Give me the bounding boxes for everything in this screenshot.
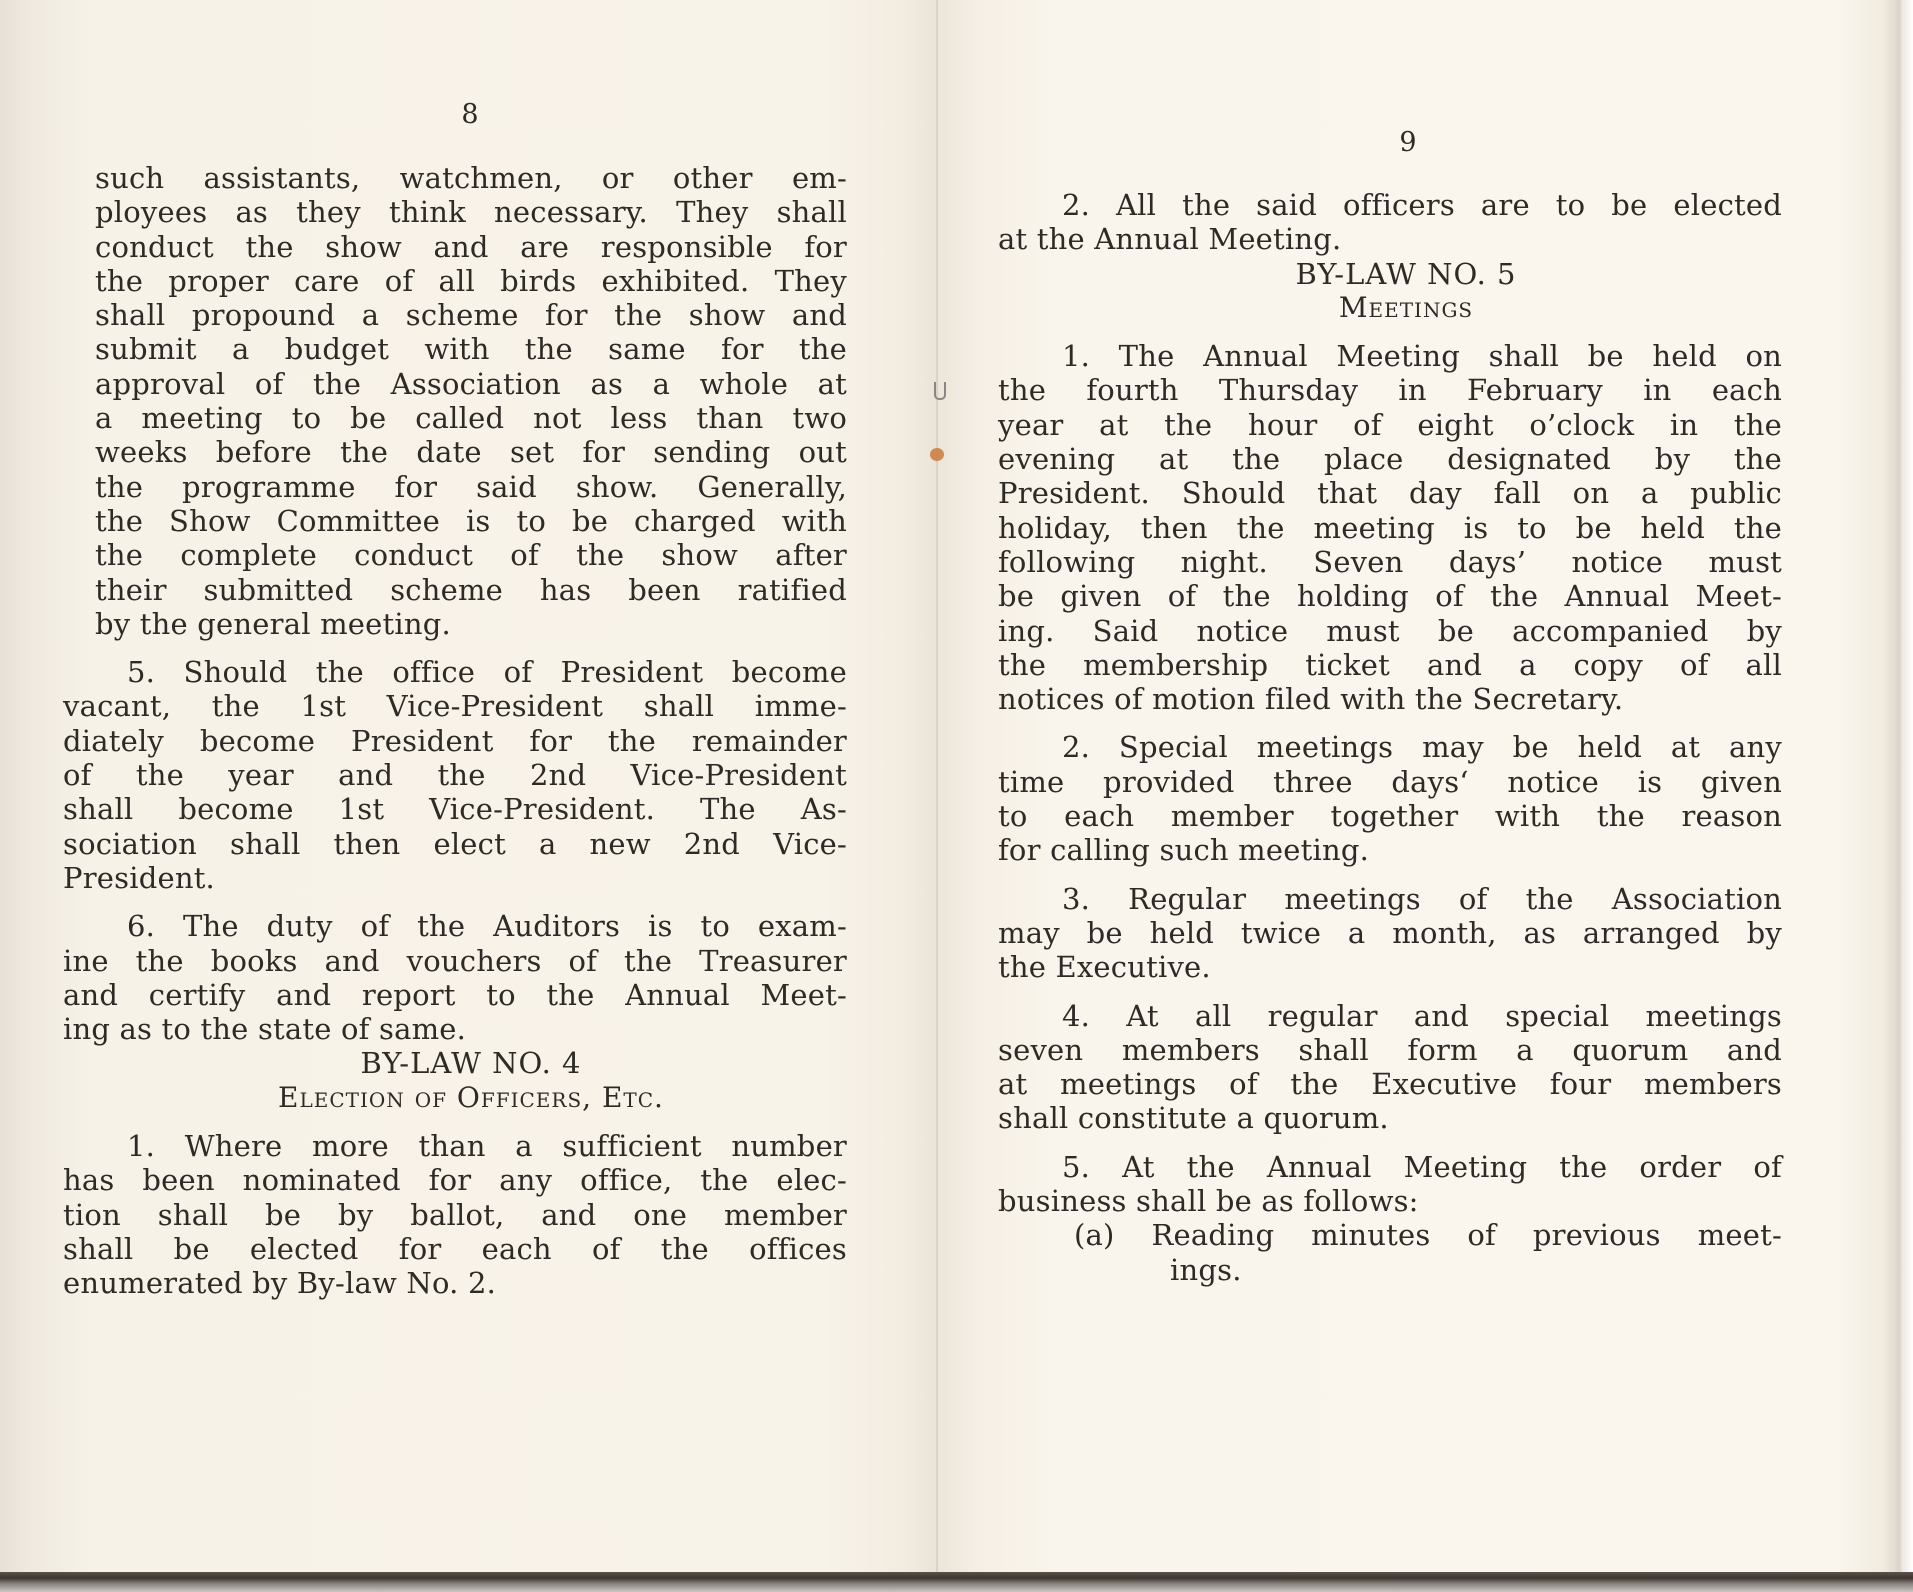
paragraph: 1. Where more than a sufficient numberha… — [95, 1129, 847, 1300]
paragraph: 5. At the Annual Meeting the order ofbus… — [1030, 1150, 1782, 1219]
text-line: may be held twice a month, as arranged b… — [998, 916, 1782, 950]
page-number-right: 9 — [1378, 128, 1438, 158]
text-line: at the Annual Meeting. — [998, 222, 1782, 256]
text-line: a meeting to be called not less than two — [95, 401, 847, 435]
text-line: of the year and the 2nd Vice-President — [63, 758, 847, 792]
text-line: year at the hour of eight o’clock in the — [998, 408, 1782, 442]
staple-icon — [934, 382, 946, 400]
paragraph: 2. All the said officers are to be elect… — [1030, 188, 1782, 257]
text-line: submit a budget with the same for the — [95, 332, 847, 366]
bylaw-subheading: Election of Officers, Etc. — [95, 1081, 847, 1115]
rust-spot — [930, 448, 944, 461]
text-line: evening at the place designated by the — [998, 442, 1782, 476]
text-line: the fourth Thursday in February in each — [998, 373, 1782, 407]
text-line: vacant, the 1st Vice-President shall imm… — [63, 689, 847, 723]
text-line: their submitted scheme has been ratified — [95, 573, 847, 607]
text-line: sociation shall then elect a new 2nd Vic… — [63, 827, 847, 861]
text-line: has been nominated for any office, the e… — [63, 1163, 847, 1197]
text-line: 2. Special meetings may be held at any — [1030, 730, 1782, 764]
text-line: 6. The duty of the Auditors is to exam- — [95, 909, 847, 943]
text-line: such assistants, watchmen, or other em- — [95, 161, 847, 195]
text-line: 4. At all regular and special meetings — [1030, 999, 1782, 1033]
text-line: 5. At the Annual Meeting the order of — [1030, 1150, 1782, 1184]
list-item: (a) Reading minutes of previous meet-ing… — [1030, 1218, 1782, 1287]
text-line: by the general meeting. — [95, 607, 847, 641]
text-line: for calling such meeting. — [998, 833, 1782, 867]
text-line: diately become President for the remaind… — [63, 724, 847, 758]
text-line: ings. — [1170, 1253, 1782, 1287]
paragraph: 2. Special meetings may be held at anyti… — [1030, 730, 1782, 867]
text-line: shall be elected for each of the offices — [63, 1232, 847, 1266]
page-edge-bottom — [0, 1572, 1913, 1592]
bylaw-heading: BY-LAW NO. 4 — [95, 1046, 847, 1080]
text-line: shall constitute a quorum. — [998, 1101, 1782, 1135]
text-line: following night. Seven days’ notice must — [998, 545, 1782, 579]
text-line: ing as to the state of same. — [63, 1012, 847, 1046]
right-page-text: 2. All the said officers are to be elect… — [1030, 188, 1782, 1287]
text-line: ing. Said notice must be accompanied by — [998, 614, 1782, 648]
text-line: (a) Reading minutes of previous meet- — [1170, 1218, 1782, 1252]
text-line: President. — [63, 861, 847, 895]
text-line: business shall be as follows: — [998, 1184, 1782, 1218]
text-line: shall become 1st Vice-President. The As- — [63, 792, 847, 826]
text-line: conduct the show and are responsible for — [95, 230, 847, 264]
text-line: the Show Committee is to be charged with — [95, 504, 847, 538]
text-line: the Executive. — [998, 950, 1782, 984]
booklet-spread: 8 9 such assistants, watchmen, or other … — [0, 0, 1913, 1592]
book-gutter — [936, 0, 938, 1575]
text-line: 2. All the said officers are to be elect… — [1030, 188, 1782, 222]
text-line: approval of the Association as a whole a… — [95, 367, 847, 401]
text-line: ine the books and vouchers of the Treasu… — [63, 944, 847, 978]
bylaw-subheading: Meetings — [1030, 291, 1782, 325]
paragraph: 1. The Annual Meeting shall be held onth… — [1030, 339, 1782, 716]
paragraph: such assistants, watchmen, or other em-p… — [95, 161, 847, 641]
text-line: notices of motion filed with the Secreta… — [998, 682, 1782, 716]
text-line: ployees as they think necessary. They sh… — [95, 195, 847, 229]
paragraph: 4. At all regular and special meetingsse… — [1030, 999, 1782, 1136]
text-line: 5. Should the office of President become — [95, 655, 847, 689]
text-line: enumerated by By-law No. 2. — [63, 1266, 847, 1300]
text-line: shall propound a scheme for the show and — [95, 298, 847, 332]
text-line: the complete conduct of the show after — [95, 538, 847, 572]
paragraph: 6. The duty of the Auditors is to exam-i… — [95, 909, 847, 1046]
text-line: tion shall be by ballot, and one member — [63, 1198, 847, 1232]
text-line: weeks before the date set for sending ou… — [95, 435, 847, 469]
text-line: time provided three days‘ notice is give… — [998, 765, 1782, 799]
paragraph: 3. Regular meetings of the Associationma… — [1030, 882, 1782, 985]
page-number-left: 8 — [440, 100, 500, 130]
left-page-text: such assistants, watchmen, or other em-p… — [95, 161, 847, 1301]
text-line: holiday, then the meeting is to be held … — [998, 511, 1782, 545]
paragraph: 5. Should the office of President become… — [95, 655, 847, 895]
text-line: at meetings of the Executive four member… — [998, 1067, 1782, 1101]
text-line: be given of the holding of the Annual Me… — [998, 579, 1782, 613]
text-line: seven members shall form a quorum and — [998, 1033, 1782, 1067]
text-line: and certify and report to the Annual Mee… — [63, 978, 847, 1012]
bylaw-heading: BY-LAW NO. 5 — [1030, 257, 1782, 291]
text-line: to each member together with the reason — [998, 799, 1782, 833]
text-line: 1. Where more than a sufficient number — [95, 1129, 847, 1163]
text-line: the proper care of all birds exhibited. … — [95, 264, 847, 298]
text-line: the programme for said show. Generally, — [95, 470, 847, 504]
text-line: the membership ticket and a copy of all — [998, 648, 1782, 682]
text-line: 1. The Annual Meeting shall be held on — [1030, 339, 1782, 373]
text-line: President. Should that day fall on a pub… — [998, 476, 1782, 510]
text-line: 3. Regular meetings of the Association — [1030, 882, 1782, 916]
page-edge-right — [1893, 0, 1913, 1575]
